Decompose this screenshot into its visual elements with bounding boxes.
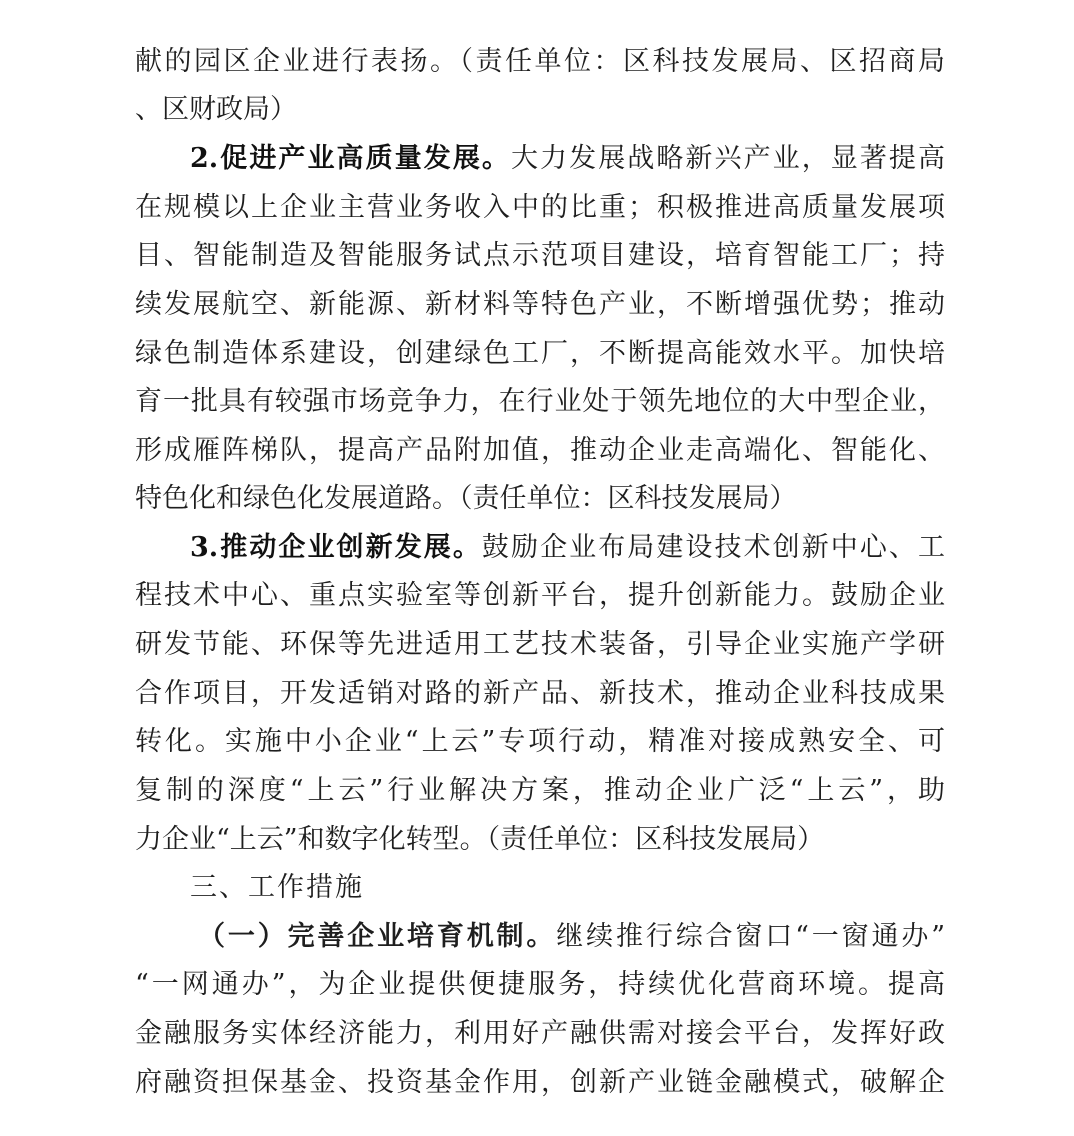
text-line: 金融服务实体经济能力，利用好产融供需对接会平台，发挥好政 (135, 1014, 945, 1054)
text-line: 力企业“上云”和数字化转型。（责任单位：区科技发展局） (135, 820, 945, 860)
text-line: 绿色制造体系建设，创建绿色工厂，不断提高能效水平。加快培 (135, 334, 945, 374)
text-line: 、区财政局） (135, 90, 945, 130)
section-heading: 三、工作措施 (190, 868, 945, 908)
paragraph-first-line: （一）完善企业培育机制。继续推行综合窗口“一窗通办” (198, 917, 945, 957)
text-line: 复制的深度“上云”行业解决方案，推动企业广泛“上云”，助 (135, 771, 945, 811)
text-line: 形成雁阵梯队，提高产品附加值，推动企业走高端化、智能化、 (135, 431, 945, 471)
text-line: “一网通办”，为企业提供便捷服务，持续优化营商环境。提高 (135, 965, 945, 1005)
text-line: 目、智能制造及智能服务试点示范项目建设，培育智能工厂；持 (135, 236, 945, 276)
text-span: 鼓励企业布局建设技术创新中心、工 (482, 532, 945, 563)
text-span: 大力发展战略新兴产业，显著提高 (511, 143, 945, 174)
text-line: 转化。实施中小企业“上云”专项行动，精准对接成熟安全、可 (135, 722, 945, 762)
paragraph-first-line: 2.促进产业高质量发展。大力发展战略新兴产业，显著提高 (190, 139, 945, 179)
text-line: 续发展航空、新能源、新材料等特色产业，不断增强优势；推动 (135, 285, 945, 325)
text-line: 合作项目，开发适销对路的新产品、新技术，推动企业科技成果 (135, 674, 945, 714)
text-line: 在规模以上企业主营业务收入中的比重；积极推进高质量发展项 (135, 188, 945, 228)
paragraph-lead-heading: 2.促进产业高质量发展。 (190, 143, 511, 174)
text-line: 研发节能、环保等先进适用工艺技术装备，引导企业实施产学研 (135, 625, 945, 665)
text-line: 府融资担保基金、投资基金作用，创新产业链金融模式，破解企 (135, 1063, 945, 1103)
text-line: 育一批具有较强市场竞争力，在行业处于领先地位的大中型企业， (135, 382, 945, 422)
text-line: 程技术中心、重点实验室等创新平台，提升创新能力。鼓励企业 (135, 576, 945, 616)
document-page: 献的园区企业进行表扬。（责任单位：区科技发展局、区招商局 、区财政局） 2.促进… (0, 0, 1074, 1136)
text-line: 献的园区企业进行表扬。（责任单位：区科技发展局、区招商局 (135, 42, 945, 82)
text-line: 特色化和绿色化发展道路。（责任单位：区科技发展局） (135, 479, 945, 519)
text-span: 继续推行综合窗口“一窗通办” (556, 921, 945, 952)
paragraph-lead-heading: 3.推动企业创新发展。 (190, 532, 482, 563)
paragraph-lead-heading: （一）完善企业培育机制。 (198, 921, 556, 952)
paragraph-first-line: 3.推动企业创新发展。鼓励企业布局建设技术创新中心、工 (190, 528, 945, 568)
